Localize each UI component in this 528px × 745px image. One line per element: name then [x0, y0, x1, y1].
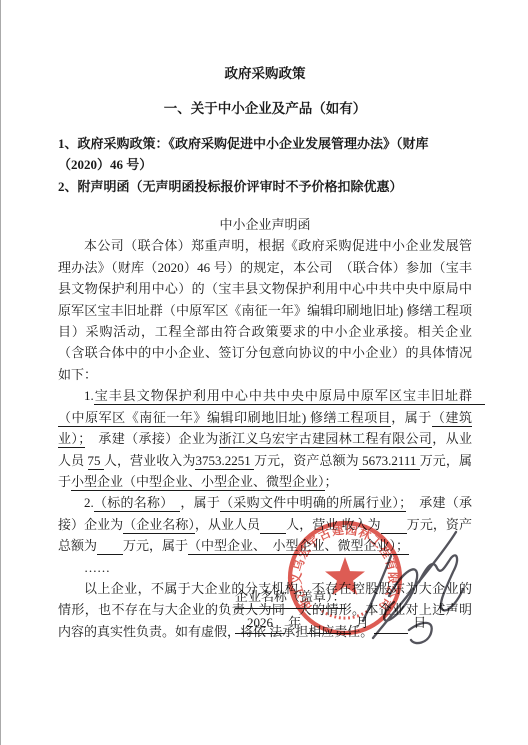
document-page: 政府采购政策 一、关于中小企业及产品（如有） 1、政府采购政策：《政府采购促进中…: [0, 0, 528, 745]
text-segment: （企业名称）: [123, 517, 195, 534]
text-segment: 3753.2251: [195, 453, 254, 470]
declaration-intro-paragraph: 本公司（联合体）郑重声明，根据《政府采购促进中小企业发展管理办法》（财库（202…: [58, 235, 472, 385]
text-segment: 5673.2111: [359, 453, 420, 470]
text-segment: 本公司（联合体）郑重声明，根据《政府采购促进中小企业发展管理办法》（财库（202…: [58, 238, 472, 381]
text-segment: ，属于: [391, 410, 432, 425]
text-segment: ，属于: [180, 495, 220, 510]
text-segment: 75: [88, 453, 104, 470]
signature-stroke: [419, 555, 463, 610]
policy-item-2: 2、附声明函（无声明函投标报价评审时不予价格扣除优惠）: [58, 176, 472, 197]
declaration-item-1: 1.宝丰县文物保护利用中心中共中央中原局中原军区宝丰旧址群 （中原军区《南征一年…: [58, 385, 472, 492]
policy-item-1: 1、政府采购政策：《政府采购促进中小企业发展管理办法》（财库（2020）46 号…: [58, 133, 472, 176]
declaration-heading: 中小企业声明函: [58, 214, 472, 235]
text-segment: （采购文件中明确的所属行业）；: [220, 495, 406, 512]
text-segment: 1.: [84, 388, 94, 403]
date-year: 2026: [235, 612, 285, 634]
text-segment: 万元，资产总额为: [254, 453, 359, 468]
text-segment: [97, 538, 123, 555]
handwritten-signature: [351, 512, 476, 657]
text-segment: [260, 517, 286, 534]
document-title: 政府采购政策: [58, 63, 472, 84]
signature-stroke: [409, 623, 432, 643]
text-segment: 承建（承接）企业为: [85, 431, 219, 446]
section-heading: 一、关于中小企业及产品（如有）: [58, 98, 472, 119]
text-segment: ；: [325, 474, 338, 489]
text-segment: 小型企业（中型企业、小型企业、微型企业）: [71, 474, 325, 491]
text-segment: 2.: [84, 495, 94, 510]
text-segment: 万元，属于: [123, 538, 188, 553]
text-segment: （标的名称）: [94, 495, 181, 512]
text-segment: 人，营业收入为: [104, 453, 196, 468]
text-segment: 浙江义乌宏宇古建园林工程有限公司: [219, 431, 433, 448]
text-segment: ，从业人员: [195, 517, 260, 532]
signature-stroke: [384, 569, 417, 620]
